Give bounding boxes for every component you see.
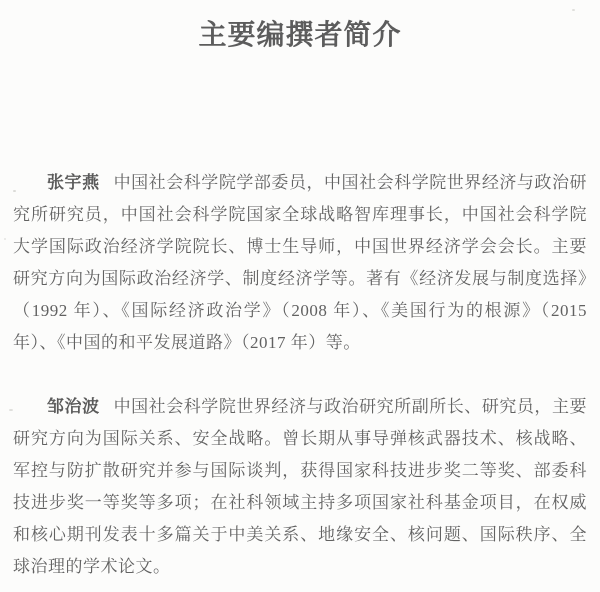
bio-paragraph-zhang: 张宇燕中国社会科学院学部委员，中国社会科学院世界经济与政治研究所研究员，中国社会…: [13, 167, 587, 359]
scan-speck: [4, 238, 6, 240]
scan-speck: [572, 9, 575, 11]
scanned-document-page: 主要编撰者简介 张宇燕中国社会科学院学部委员，中国社会科学院世界经济与政治研究所…: [0, 0, 600, 592]
bio-paragraph-zou: 邹治波中国社会科学院世界经济与政治研究所副所长、研究员，主要研究方向为国际关系、…: [13, 391, 587, 583]
bio-text-zhang: 中国社会科学院学部委员，中国社会科学院世界经济与政治研究所研究员，中国社会科学院…: [13, 173, 587, 352]
bio-text-zou: 中国社会科学院世界经济与政治研究所副所长、研究员，主要研究方向为国际关系、安全战…: [13, 397, 587, 576]
page-body: 张宇燕中国社会科学院学部委员，中国社会科学院世界经济与政治研究所研究员，中国社会…: [0, 167, 600, 583]
page-title: 主要编撰者简介: [0, 20, 600, 52]
author-name-zhang: 张宇燕: [47, 173, 100, 192]
author-name-zou: 邹治波: [47, 397, 100, 416]
scan-speck: [13, 190, 16, 192]
scan-speck: [9, 409, 13, 411]
